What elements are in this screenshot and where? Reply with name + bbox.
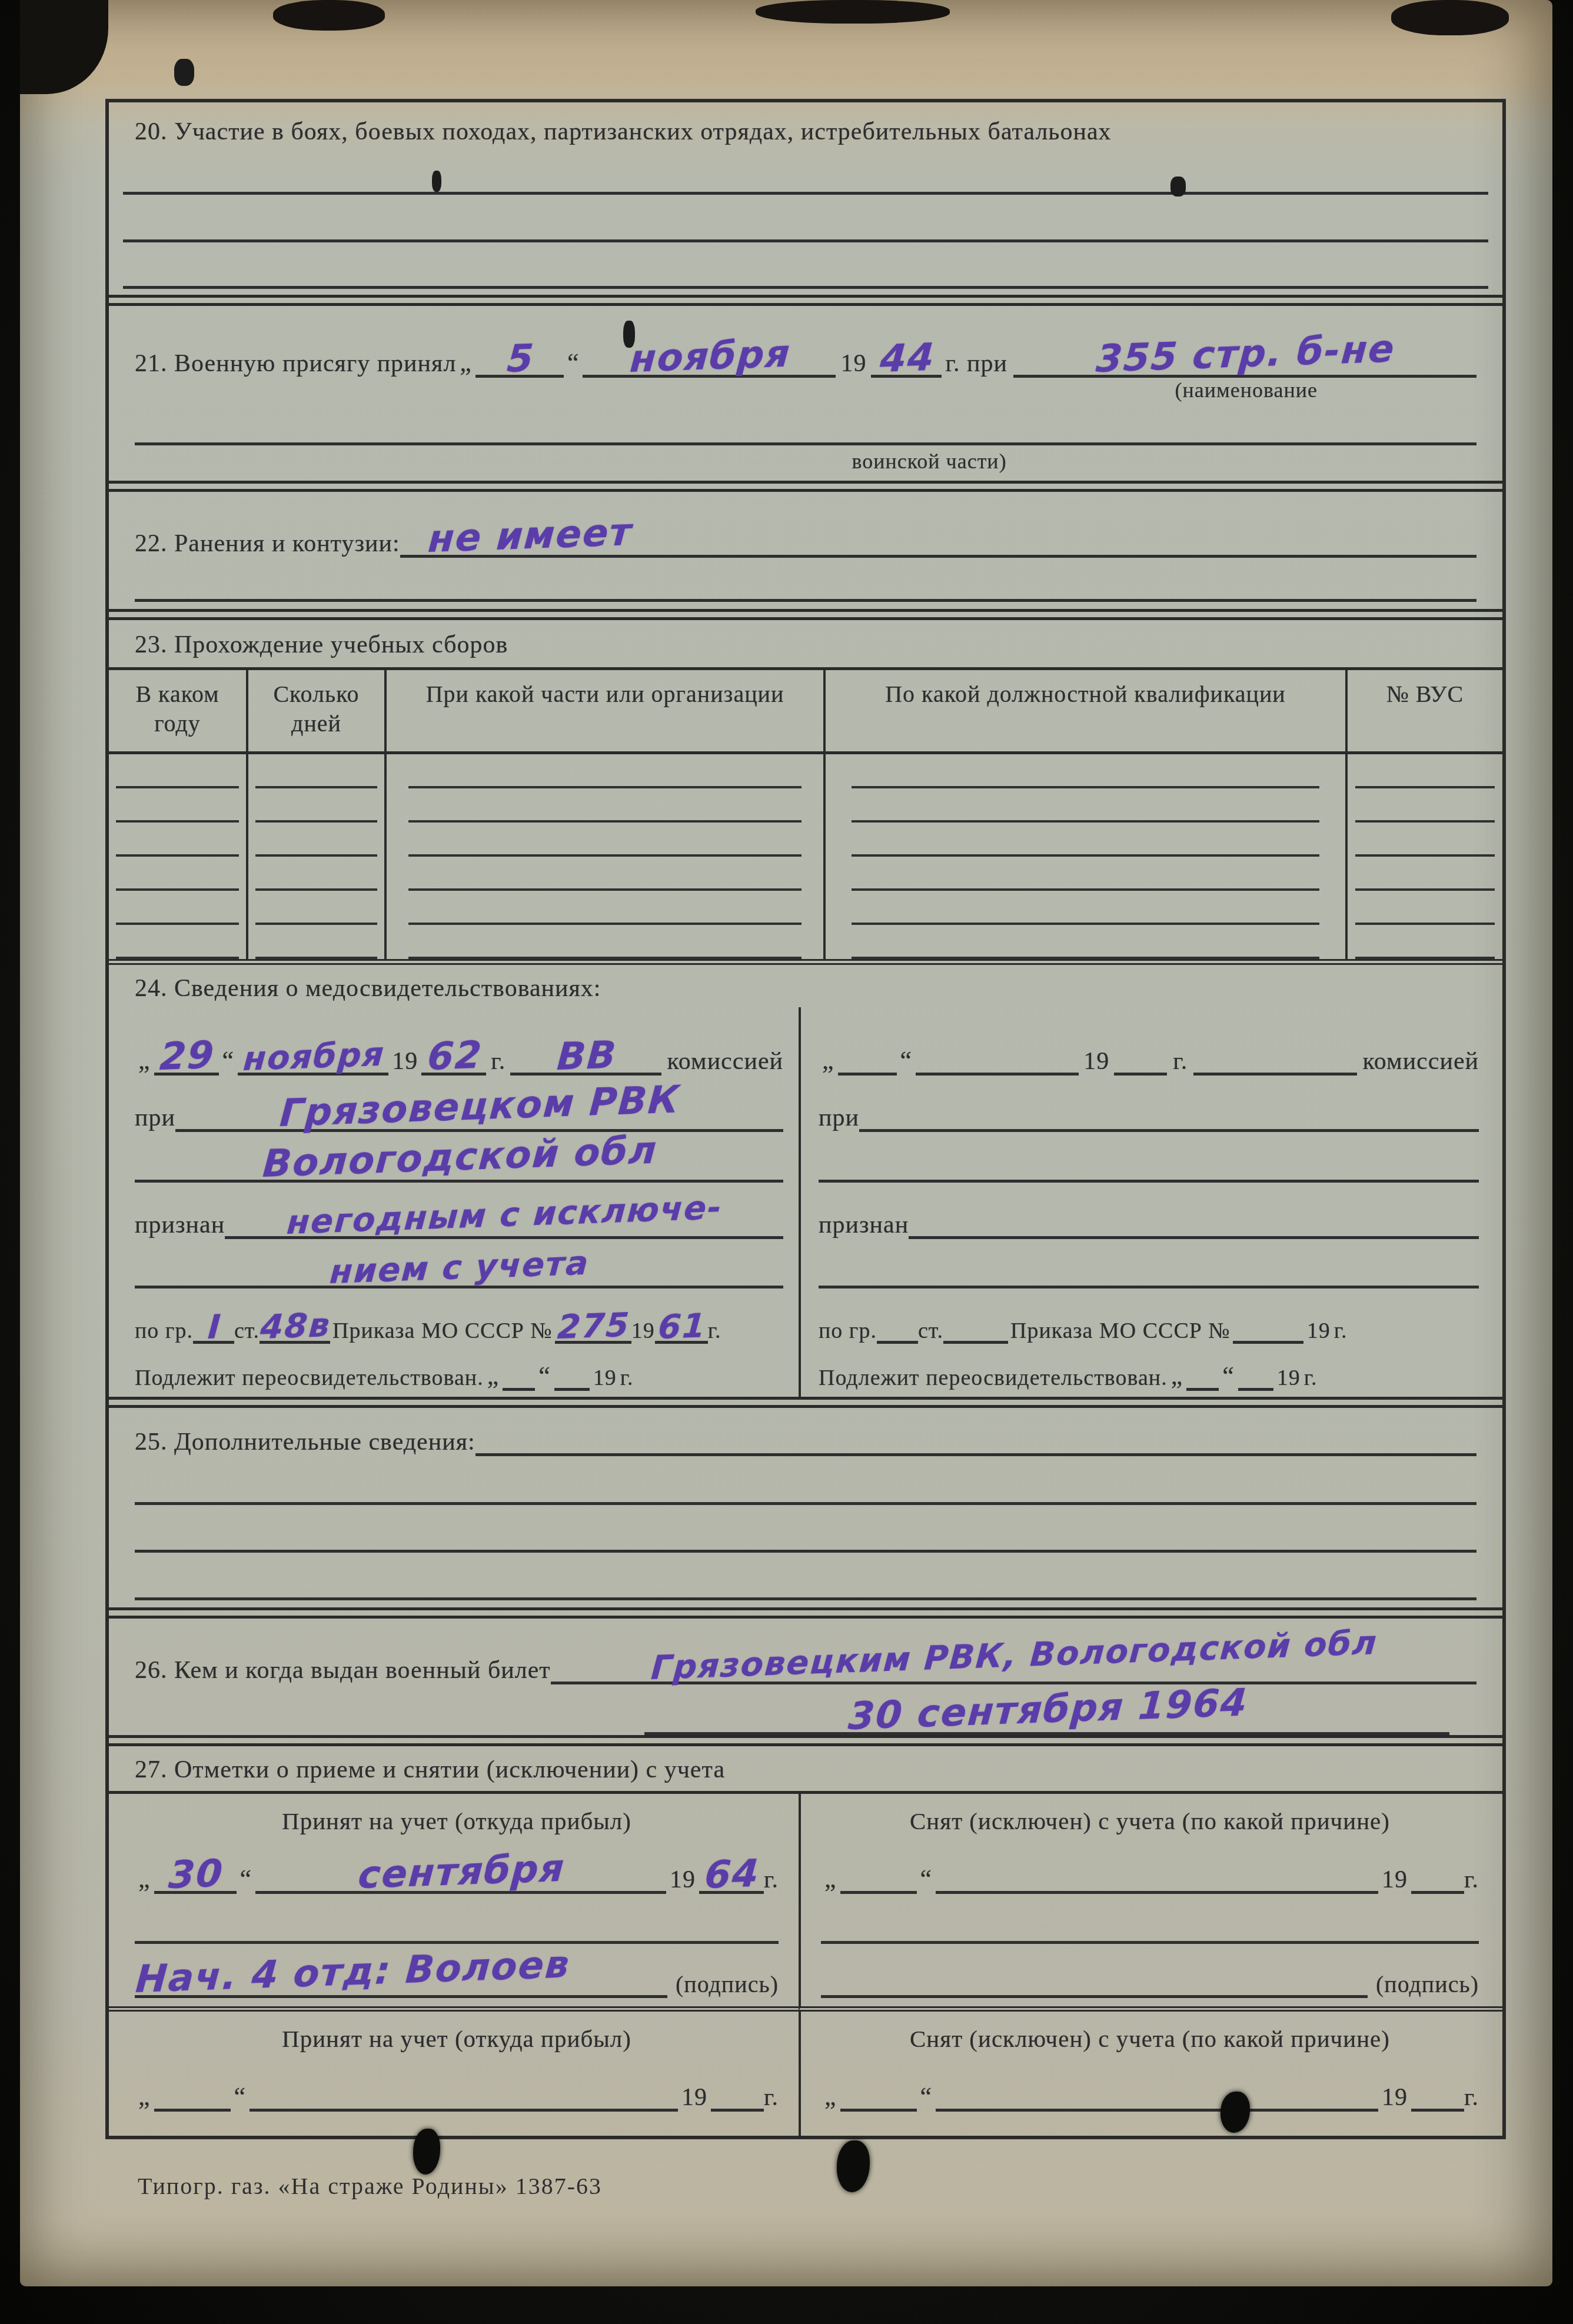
issued-by-write-in: Грязовецким РВК, Вологодской обл (551, 1656, 1476, 1684)
handwriting-order-no: 275 (557, 1313, 631, 1341)
handwriting-med-month: ноября (242, 1042, 385, 1073)
handwriting-accepted-day: 30 (168, 1860, 225, 1891)
table-cell (1348, 823, 1502, 857)
section-24-title: 24. Сведения о медосвидетельствованиях: (109, 965, 1502, 1003)
paper-edge-tear (756, 0, 950, 24)
paper-edge-tear (1391, 0, 1509, 35)
day-write-in (838, 1073, 897, 1076)
section-25-label: 25. Дополнительные сведения: (135, 1428, 475, 1456)
close-quote: “ (897, 1046, 916, 1076)
table-cell (1348, 754, 1502, 788)
year-write-in (1411, 2109, 1464, 2112)
table-cell (826, 754, 1348, 788)
podpis-label: (подпись) (667, 1970, 779, 1998)
open-quote: „ (819, 1046, 838, 1076)
medical-exams-columns: „ 29 “ ноября 19 62 г. ВВ комиссией при … (109, 1007, 1502, 1397)
write-in-line (135, 408, 1476, 445)
st-label: ст. (234, 1318, 260, 1344)
priznan-label: признан (135, 1211, 225, 1239)
registration-row-1: Принят на учет (откуда прибыл) „ 30 “ се… (109, 1794, 1502, 2012)
section-26: 26. Кем и когда выдан военный билет Гряз… (109, 1619, 1502, 1735)
year-prefix: 19 (1273, 1365, 1304, 1391)
table-cell (826, 857, 1348, 891)
removed-header: Снят (исключен) с учета (по какой причин… (821, 1804, 1479, 1843)
year-write-in: 44 (871, 345, 942, 378)
training-table: В каком году Сколько дней При какой част… (109, 667, 1502, 965)
day-write-in: 5 (475, 345, 564, 378)
close-quote: “ (231, 2082, 250, 2112)
open-quote: „ (135, 1864, 154, 1894)
write-in-line (821, 2112, 1479, 2139)
open-quote: „ (821, 2082, 840, 2112)
write-in-line (123, 195, 1488, 242)
write-in-line (135, 1505, 1476, 1553)
day-write-in (503, 1388, 535, 1391)
section-24: 24. Сведения о медосвидетельствованиях: … (109, 965, 1502, 1397)
year-prefix: 19 (590, 1365, 620, 1391)
write-in-line (819, 1286, 1479, 1288)
prikaz-label: Приказа МО СССР № (330, 1318, 555, 1344)
podlezhit-label: Подлежит переосвидетельствован. (135, 1365, 484, 1391)
day-write-in (840, 2109, 917, 2112)
prikaz-label: Приказа МО СССР № (1008, 1318, 1233, 1344)
handwriting-group: I (207, 1314, 222, 1341)
ink-mark (1170, 177, 1186, 197)
table-cell (109, 823, 248, 857)
col-header-year: В каком году (109, 670, 248, 754)
handwriting-article: 48в (260, 1313, 331, 1341)
pri-write-in (859, 1129, 1479, 1132)
month-write-in (554, 1388, 590, 1391)
table-cell (248, 857, 387, 891)
article-write-in: 48в (260, 1315, 330, 1344)
wounds-write-in: не имеет (400, 525, 1476, 558)
handwriting-med-day: 29 (159, 1041, 216, 1073)
year-prefix: 19 (836, 349, 871, 378)
table-cell (248, 925, 387, 959)
table-cell (387, 891, 826, 925)
handwriting-oath-unit: 355 стр. б-не (1095, 335, 1396, 375)
handwriting-signature: Нач. 4 отд: Волоев (135, 1950, 571, 1995)
handwriting-oath-year: 44 (879, 344, 936, 375)
registration-table: Принят на учет (откуда прибыл) „ 30 “ се… (109, 1791, 1502, 2139)
g-label: г. (1464, 1866, 1479, 1894)
signature-write-in (821, 1995, 1368, 1998)
registration-row-2: Принят на учет (откуда прибыл) „ “ 19 г. (109, 2012, 1502, 2139)
close-quote: “ (917, 2082, 936, 2112)
handwriting-accepted-month: сентября (357, 1854, 566, 1891)
table-cell (248, 754, 387, 788)
write-in-line (135, 558, 1476, 602)
year-write-in (711, 2109, 764, 2112)
open-quote: „ (456, 348, 475, 378)
close-quote: “ (535, 1361, 554, 1391)
handwriting-accepted-year: 64 (704, 1860, 761, 1891)
close-quote: “ (219, 1046, 238, 1076)
write-in-line (819, 1180, 1479, 1183)
hint-voinskoy-chasti: воинской части) (135, 445, 1476, 481)
month-write-in: ноября (238, 1047, 388, 1076)
order-no-write-in (1233, 1341, 1303, 1344)
handwriting-med-verdict2: нием с учета (329, 1251, 590, 1286)
ink-mark (432, 171, 441, 192)
g-label: г. (1464, 2083, 1479, 2112)
year-prefix: 19 (1378, 1866, 1411, 1894)
removed-cell: Снят (исключен) с учета (по какой причин… (799, 1794, 1502, 2012)
open-quote: „ (135, 2082, 154, 2112)
group-write-in: I (193, 1315, 234, 1344)
col-header-unit: При какой части или организации (387, 670, 826, 754)
po-gr-label: по гр. (819, 1318, 877, 1344)
write-in-line (135, 2112, 779, 2139)
month-write-in (250, 2109, 678, 2112)
col-header-days: Сколько дней (248, 670, 387, 754)
year-write-in: 62 (421, 1043, 486, 1076)
commission-write-in: ВВ (510, 1043, 661, 1076)
day-write-in: 29 (154, 1043, 219, 1076)
write-in-line (135, 1894, 779, 1944)
section-25: 25. Дополнительные сведения: (109, 1408, 1502, 1600)
print-imprint: Типогр. газ. «На страже Родины» 1387-63 (138, 2172, 602, 2200)
day-write-in (1186, 1388, 1219, 1391)
year-prefix: 19 (666, 1866, 699, 1894)
article-write-in (943, 1341, 1008, 1344)
pri-label: при (135, 1104, 175, 1132)
table-cell (826, 891, 1348, 925)
section-22: 22. Ранения и контузии: не имеет (109, 492, 1502, 602)
table-cell (248, 788, 387, 823)
pri-label: при (819, 1104, 859, 1132)
table-cell (387, 788, 826, 823)
handwriting-med-rvk: Грязовецком РВК (279, 1086, 681, 1129)
g-label: г. (764, 1866, 779, 1894)
accepted-header: Принят на учет (откуда прибыл) (135, 2022, 779, 2061)
podlezhit-label: Подлежит переосвидетельствован. (819, 1365, 1168, 1391)
table-cell (248, 823, 387, 857)
section-divider (109, 481, 1502, 492)
accepted-header: Принят на учет (откуда прибыл) (135, 1804, 779, 1843)
section-27: 27. Отметки о приеме и снятии (исключени… (109, 1746, 1502, 2139)
section-27-title: 27. Отметки о приеме и снятии (исключени… (109, 1746, 1502, 1784)
g-label: г. (1167, 1047, 1193, 1076)
paper-sheet: 20. Участие в боях, боевых походах, парт… (20, 0, 1552, 2286)
month-write-in (936, 2109, 1378, 2112)
paper-edge-tear (273, 0, 385, 31)
section-divider (109, 295, 1502, 306)
year-write-in: 64 (699, 1862, 764, 1894)
col-header-vus: № ВУС (1348, 670, 1502, 754)
handwriting-oath-day: 5 (506, 344, 536, 375)
section-21: 21. Военную присягу принял „ 5 “ ноября … (109, 306, 1502, 481)
table-cell (826, 788, 1348, 823)
ink-mark (174, 59, 194, 86)
year-prefix: 19 (678, 2083, 711, 2112)
table-cell (1348, 788, 1502, 823)
section-20-title: 20. Участие в боях, боевых походах, парт… (109, 102, 1502, 146)
table-cell (109, 857, 248, 891)
table-cell (1348, 857, 1502, 891)
g-label: г. (708, 1318, 721, 1344)
section-divider (109, 1607, 1502, 1619)
handwriting-med-verdict: негодным с исключе- (286, 1195, 723, 1236)
accepted-cell: Принят на учет (откуда прибыл) „ “ 19 г. (109, 2012, 799, 2139)
open-quote: „ (821, 1864, 840, 1894)
section-26-label: 26. Кем и когда выдан военный билет (135, 1656, 551, 1684)
write-in-line (821, 1894, 1479, 1944)
order-year-write-in: 61 (655, 1315, 708, 1344)
medical-right-column: „ “ 19 г. комиссией при (799, 1007, 1502, 1397)
table-cell (109, 788, 248, 823)
day-write-in: 30 (154, 1862, 237, 1894)
removed-header: Снят (исключен) с учета (по какой причин… (821, 2022, 1479, 2061)
month-write-in: ноября (583, 345, 836, 378)
month-write-in: сентября (255, 1862, 666, 1894)
g-label: г. (620, 1365, 634, 1391)
table-cell (387, 823, 826, 857)
close-quote: “ (564, 348, 583, 378)
issued-date-write-in: 30 сентября 1964 (644, 1703, 1449, 1735)
open-quote: „ (135, 1046, 154, 1076)
section-divider (109, 1735, 1502, 1746)
paper-hole (837, 2140, 870, 2192)
col-header-qualification: По какой должностной квалификации (826, 670, 1348, 754)
unit-write-in: 355 стр. б-не (1013, 345, 1476, 378)
close-quote: “ (1219, 1361, 1238, 1391)
removed-cell: Снят (исключен) с учета (по какой причин… (799, 2012, 1502, 2139)
day-write-in (840, 1891, 917, 1894)
section-divider (109, 1397, 1502, 1408)
komissiej-label: комиссией (1357, 1047, 1479, 1076)
write-in-line: Вологодской обл (135, 1150, 783, 1183)
year-write-in (1411, 1891, 1464, 1894)
hint-naimenovanie: (наименование (135, 378, 1476, 408)
po-gr-label: по гр. (135, 1318, 193, 1344)
g-pri-label: г. при (942, 349, 1013, 378)
month-write-in (936, 1891, 1378, 1894)
write-in-line (135, 1456, 1476, 1505)
paper-hole (413, 2129, 440, 2175)
komissiej-label: комиссией (661, 1047, 783, 1076)
year-prefix: 19 (1378, 2083, 1411, 2112)
podpis-label: (подпись) (1368, 1970, 1479, 1998)
table-cell (109, 925, 248, 959)
write-in-line (135, 1553, 1476, 1600)
priznan-label: признан (819, 1211, 909, 1239)
g-label: г. (1334, 1318, 1348, 1344)
section-divider (109, 609, 1502, 620)
ink-mark (623, 321, 635, 348)
pri-write-in: Грязовецком РВК (175, 1100, 783, 1132)
signature-write-in: Нач. 4 отд: Волоев (135, 1966, 667, 1998)
priznan-write-in: негодным с исключе- (225, 1210, 783, 1239)
table-cell (109, 891, 248, 925)
handwriting-issued-by: Грязовецким РВК, Вологодской обл (650, 1630, 1378, 1682)
write-in-line (123, 242, 1488, 289)
table-cell (387, 925, 826, 959)
st-label: ст. (918, 1318, 943, 1344)
group-write-in (877, 1341, 918, 1344)
section-22-label: 22. Ранения и контузии: (135, 530, 400, 558)
table-cell (387, 857, 826, 891)
section-23: 23. Прохождение учебных сборов В каком г… (109, 620, 1502, 965)
year-prefix: 19 (1303, 1318, 1334, 1344)
priznan-write-in (909, 1236, 1479, 1239)
year-prefix: 19 (1079, 1047, 1114, 1076)
day-write-in (154, 2109, 231, 2112)
year-prefix: 19 (631, 1318, 655, 1344)
order-no-write-in: 275 (555, 1315, 631, 1344)
handwriting-med-year: 62 (427, 1041, 484, 1073)
month-write-in (916, 1073, 1079, 1076)
handwriting-issued-date: 30 сентября 1964 (847, 1689, 1249, 1732)
table-cell (826, 823, 1348, 857)
scanned-military-id-page: { "tokens": { "open_quote": "„", "close_… (0, 0, 1573, 2324)
g-label: г. (1304, 1365, 1318, 1391)
section-21-label: 21. Военную присягу принял (135, 349, 456, 378)
open-quote: „ (484, 1361, 503, 1391)
handwriting-order-year: 61 (657, 1313, 707, 1341)
table-cell (1348, 925, 1502, 959)
month-write-in (1238, 1388, 1273, 1391)
write-in-line (123, 146, 1488, 195)
table-cell (826, 925, 1348, 959)
g-label: г. (486, 1047, 510, 1076)
handwriting-med-commission: ВВ (556, 1041, 618, 1073)
table-cell (109, 754, 248, 788)
medical-left-column: „ 29 “ ноября 19 62 г. ВВ комиссией при … (109, 1007, 799, 1397)
g-label: г. (764, 2083, 779, 2112)
table-cell (248, 891, 387, 925)
commission-write-in (1193, 1073, 1356, 1076)
table-cell (1348, 891, 1502, 925)
open-quote: „ (1168, 1361, 1187, 1391)
table-cell (387, 754, 826, 788)
write-in-line: нием с учета (135, 1260, 783, 1288)
handwriting-med-oblast: Вологодской обл (262, 1137, 659, 1180)
form-frame: 20. Участие в боях, боевых походах, парт… (105, 99, 1506, 2139)
section-20: 20. Участие в боях, боевых походах, парт… (109, 102, 1502, 289)
handwriting-oath-month: ноября (629, 339, 792, 375)
close-quote: “ (917, 1864, 936, 1894)
section-23-title: 23. Прохождение учебных сборов (109, 620, 1502, 659)
close-quote: “ (237, 1864, 256, 1894)
year-prefix: 19 (388, 1047, 421, 1076)
year-write-in (1114, 1073, 1167, 1076)
accepted-cell: Принят на учет (откуда прибыл) „ 30 “ се… (109, 1794, 799, 2012)
paper-corner-shadow (20, 0, 108, 94)
handwriting-wounds: не имеет (427, 518, 633, 555)
write-in-line (475, 1453, 1476, 1456)
